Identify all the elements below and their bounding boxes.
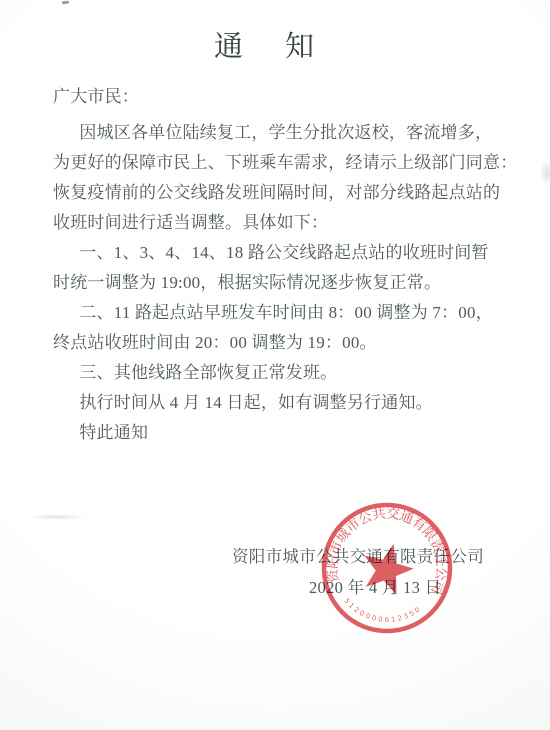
body-line-item-2: 二、11 路起点站早班发车时间由 8：00 调整为 7：00， — [53, 298, 508, 328]
body-line: 终点站收班时间由 20：00 调整为 19：00。 — [53, 328, 508, 358]
notice-body: 广大市民： 因城区各单位陆续复工，学生分批次返校，客流增多， 为更好的保障市民上… — [53, 82, 508, 448]
body-line: 恢复疫情前的公交线路发班间隔时间，对部分线路起点站的 — [53, 178, 508, 208]
body-line: 为更好的保障市民上、下班乘车需求，经请示上级部门同意： — [53, 148, 508, 178]
body-line-closing: 特此通知 — [53, 418, 508, 448]
notice-title: 通 知 — [0, 24, 539, 65]
body-line-item-1: 一、1、3、4、14、18 路公交线路起点站的收班时间暂 — [53, 238, 508, 268]
body-line-effective-date: 执行时间从 4 月 14 日起，如有调整另行通知。 — [53, 388, 508, 418]
salutation: 广大市民： — [53, 82, 508, 112]
seal-star-icon — [356, 537, 418, 597]
title-char: 通 — [214, 24, 243, 65]
scan-smudge — [28, 514, 86, 520]
body-line-item-3: 三、其他线路全部恢复正常发班。 — [53, 358, 508, 388]
body-line: 因城区各单位陆续复工，学生分批次返校，客流增多， — [53, 118, 508, 148]
body-line: 时统一调整为 19:00，根据实际情况逐步恢复正常。 — [53, 268, 508, 298]
notice-document: 通 知 广大市民： 因城区各单位陆续复工，学生分批次返校，客流增多， 为更好的保… — [0, 0, 550, 730]
scan-speck — [62, 1, 69, 5]
scan-smudge — [540, 160, 550, 186]
title-char: 知 — [285, 24, 314, 65]
body-line: 收班时间进行适当调整。具体如下： — [53, 208, 508, 238]
official-seal: 资阳市城市公共交通有限责任公司 5120000612350 — [288, 469, 486, 667]
